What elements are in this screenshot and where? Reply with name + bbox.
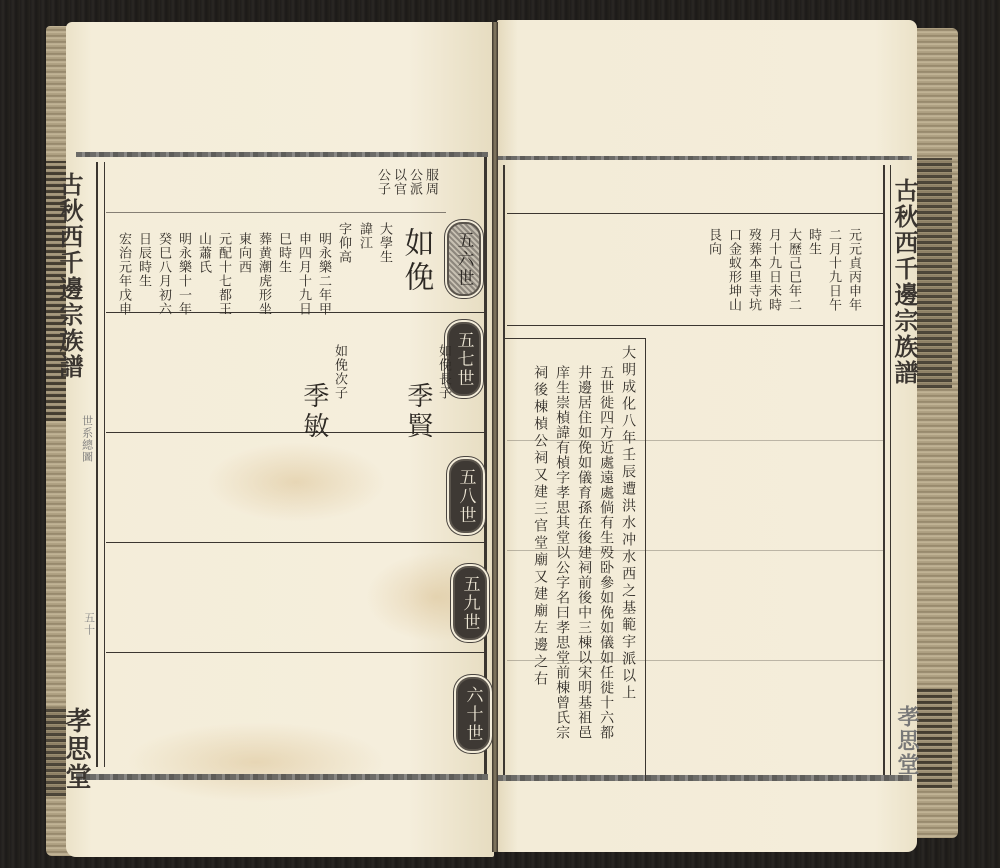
record-line: 元元貞丙申年 bbox=[845, 228, 860, 312]
lineage-note: 公派 bbox=[406, 168, 421, 196]
spine-title: 古秋西千邊宗族譜 bbox=[52, 172, 87, 380]
generation-badge-59: 五九世 bbox=[453, 566, 487, 640]
inner-left-rule bbox=[104, 162, 105, 767]
person-title: 字仰高 bbox=[335, 222, 350, 264]
page-number: 五十 bbox=[82, 612, 95, 636]
record-line: 歿葬本里寺坑 bbox=[745, 228, 760, 312]
top-border bbox=[497, 156, 912, 160]
row-divider bbox=[106, 542, 484, 543]
person-detail: 宏治元年戊申 bbox=[115, 232, 130, 316]
record-line: 大歷己巳年二 bbox=[785, 228, 800, 312]
person-detail: 東向西 bbox=[235, 232, 250, 274]
person-detail: 巳時生 bbox=[275, 232, 290, 274]
generation-badge-58: 五八世 bbox=[449, 459, 483, 533]
open-genealogy-book: 古秋西千邊宗族譜 世系總圖 五十 孝思堂 五六世 五七世 五八世 五九世 六十世… bbox=[0, 0, 1000, 868]
spine-subtitle: 世系總圖 bbox=[80, 415, 93, 463]
person-detail: 葬黄潮虎形坐 bbox=[255, 232, 270, 316]
narrative-line: 庠生崇楨諱有楨字孝思其堂以公字名曰孝思堂前棟曾氏宗 bbox=[554, 365, 570, 740]
record-line: 口金蚁形坤山 bbox=[725, 228, 740, 312]
right-page: 古秋西千邊宗族譜 孝思堂 元元貞丙申年 二月十九日午 時生 大歷己巳年二 月十九… bbox=[497, 20, 917, 852]
person-detail: 山蕭氏 bbox=[195, 232, 210, 274]
inner-left-rule bbox=[96, 162, 98, 767]
lineage-note: 公子 bbox=[374, 168, 389, 196]
row-divider bbox=[106, 652, 484, 653]
generation-badge-56: 五六世 bbox=[447, 222, 481, 296]
generation-badge-57: 五七世 bbox=[447, 322, 481, 396]
left-page: 古秋西千邊宗族譜 世系總圖 五十 孝思堂 五六世 五七世 五八世 五九世 六十世… bbox=[66, 22, 494, 857]
spine-title: 古秋西千邊宗族譜 bbox=[887, 178, 922, 386]
person-detail: 明永樂十一年 bbox=[175, 232, 190, 316]
person-title: 大學生 bbox=[376, 222, 391, 264]
child-name: 季賢 bbox=[402, 382, 432, 442]
hall-name: 孝思堂 bbox=[892, 705, 923, 777]
row-divider bbox=[507, 325, 883, 326]
note-divider bbox=[106, 212, 446, 213]
narrative-line: 五世徙四方近處遠處倘有生殁卧參如俛如儀如任徙十六都 bbox=[598, 365, 614, 740]
child-name: 季敏 bbox=[298, 382, 328, 442]
top-border bbox=[76, 152, 488, 157]
narrative-line: 井邊居住如俛如儀育孫在後建祠前後中三棟以宋明基祖邑 bbox=[576, 365, 592, 740]
bottom-border bbox=[76, 774, 488, 780]
person-name: 如俛 bbox=[398, 227, 433, 295]
narrative-line: 祠後棟楨公祠又建三官堂廟又建廟左邊之右 bbox=[532, 365, 548, 688]
record-line: 二月十九日午 bbox=[825, 228, 840, 312]
inner-right-rule bbox=[883, 165, 885, 775]
water-stain bbox=[206, 442, 386, 522]
generation-badge-60: 六十世 bbox=[456, 677, 490, 751]
record-line: 時生 bbox=[805, 228, 820, 256]
person-detail: 申四月十九日 bbox=[295, 232, 310, 316]
hall-name: 孝思堂 bbox=[58, 707, 95, 791]
narrative-line: 大明成化八年壬辰遭洪水冲水西之基範宇派以上 bbox=[620, 345, 636, 702]
record-line: 艮向 bbox=[705, 228, 720, 256]
book-gutter bbox=[492, 22, 498, 852]
row-divider bbox=[507, 213, 883, 214]
person-detail: 日辰時生 bbox=[135, 232, 150, 288]
person-detail: 明永樂二年甲 bbox=[315, 232, 330, 316]
lineage-note: 服周 bbox=[422, 168, 437, 196]
water-stain bbox=[126, 722, 386, 802]
person-detail: 元配十七都王 bbox=[215, 232, 230, 316]
person-title: 諱江 bbox=[356, 222, 371, 250]
person-detail: 癸巳八月初六 bbox=[155, 232, 170, 316]
record-line: 月十九日未時 bbox=[765, 228, 780, 312]
lineage-note: 以官 bbox=[390, 168, 405, 196]
